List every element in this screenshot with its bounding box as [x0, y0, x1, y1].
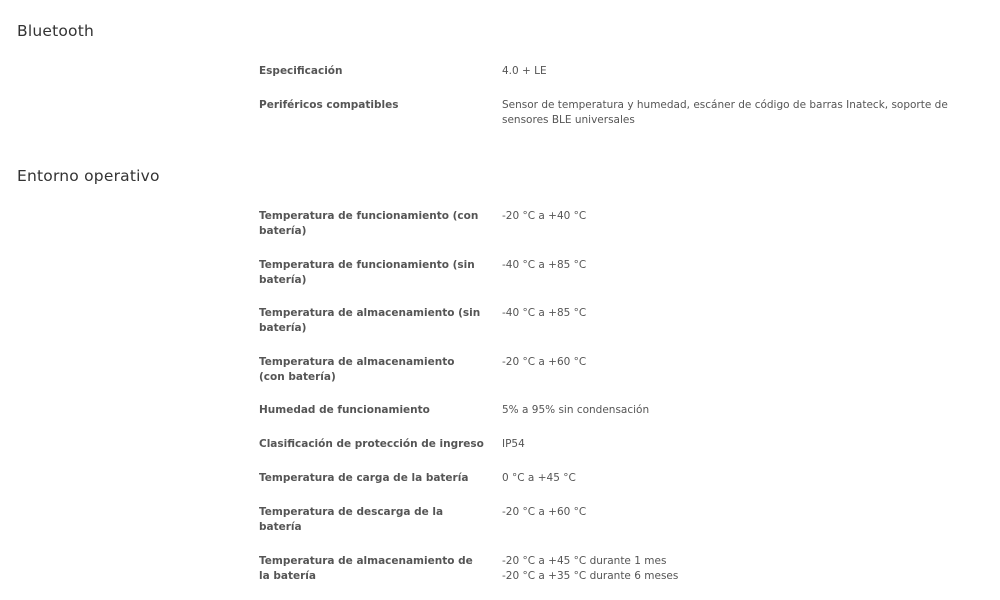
spec-value: -20 °C a +40 °C [502, 209, 972, 239]
spec-label: Temperatura de almacenamiento (con bater… [259, 355, 502, 385]
spec-value: -20 °C a +60 °C [502, 505, 972, 535]
spec-label: Temperatura de descarga de la batería [259, 505, 502, 535]
section-title-entorno-operativo: Entorno operativo [17, 166, 160, 186]
spec-label: Humedad de funcionamiento [259, 403, 502, 418]
spec-value: 0 °C a +45 °C [502, 471, 972, 486]
spec-label: Temperatura de funcionamiento (sin bater… [259, 258, 502, 288]
spec-row-temp-alm-con-bateria: Temperatura de almacenamiento (con bater… [259, 355, 979, 385]
spec-label: Temperatura de almacenamiento de la bate… [259, 554, 502, 584]
spec-row-humedad: Humedad de funcionamiento 5% a 95% sin c… [259, 403, 979, 418]
spec-label: Clasificación de protección de ingreso [259, 437, 502, 452]
spec-row-temp-func-con-bateria: Temperatura de funcionamiento (con bater… [259, 209, 979, 239]
spec-value: 5% a 95% sin condensación [502, 403, 972, 418]
spec-row-temp-descarga: Temperatura de descarga de la batería -2… [259, 505, 979, 535]
spec-row-especificacion: Especificación 4.0 + LE [259, 64, 979, 79]
spec-label: Temperatura de funcionamiento (con bater… [259, 209, 502, 239]
spec-row-temp-carga: Temperatura de carga de la batería 0 °C … [259, 471, 979, 486]
spec-label: Especificación [259, 64, 502, 79]
spec-value: -40 °C a +85 °C [502, 258, 972, 288]
spec-value: 4.0 + LE [502, 64, 972, 79]
spec-label: Periféricos compatibles [259, 98, 502, 128]
spec-value: -20 °C a +45 °C durante 1 mes -20 °C a +… [502, 554, 972, 584]
section-title-bluetooth: Bluetooth [17, 21, 94, 41]
spec-row-perifericos: Periféricos compatibles Sensor de temper… [259, 98, 979, 128]
spec-row-temp-alm-bateria: Temperatura de almacenamiento de la bate… [259, 554, 979, 584]
spec-row-temp-alm-sin-bateria: Temperatura de almacenamiento (sin bater… [259, 306, 979, 336]
spec-row-proteccion-ingreso: Clasificación de protección de ingreso I… [259, 437, 979, 452]
spec-label: Temperatura de almacenamiento (sin bater… [259, 306, 502, 336]
spec-value: -40 °C a +85 °C [502, 306, 972, 336]
spec-row-temp-func-sin-bateria: Temperatura de funcionamiento (sin bater… [259, 258, 979, 288]
spec-value: -20 °C a +60 °C [502, 355, 972, 385]
spec-value: IP54 [502, 437, 972, 452]
spec-value: Sensor de temperatura y humedad, escáner… [502, 98, 972, 128]
spec-label: Temperatura de carga de la batería [259, 471, 502, 486]
